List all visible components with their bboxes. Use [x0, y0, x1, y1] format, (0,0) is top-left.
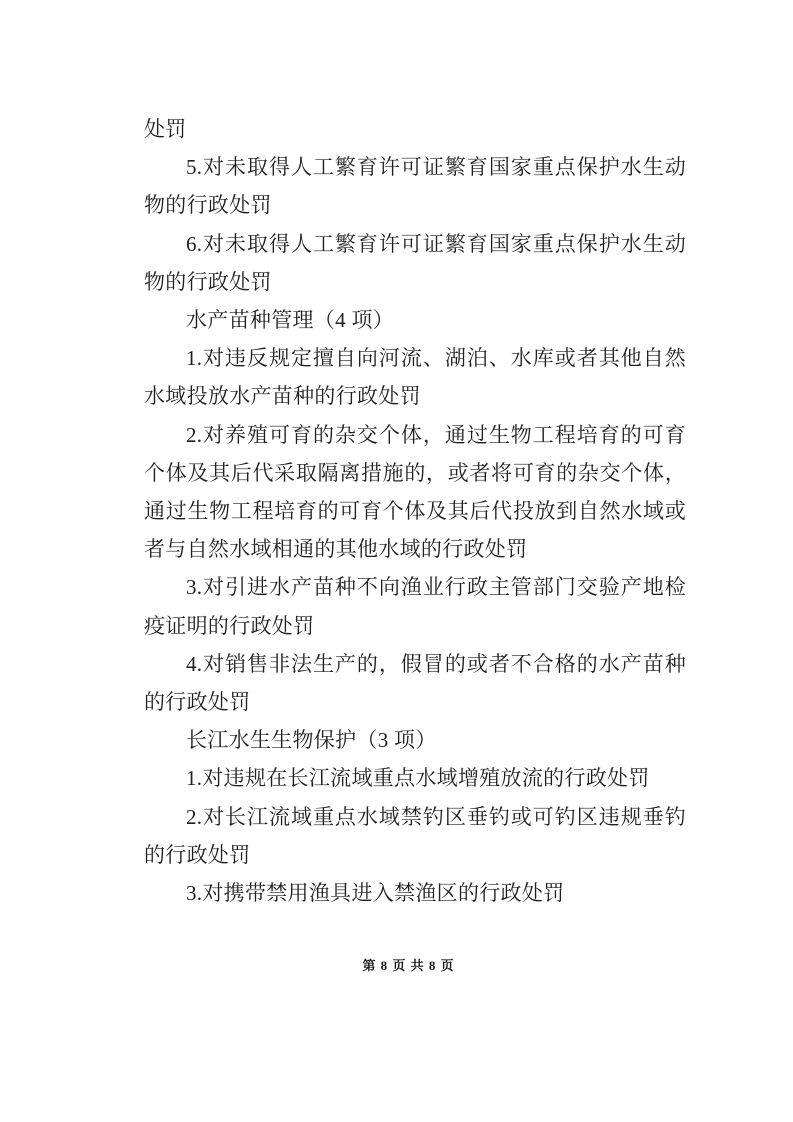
document-page: 处罚 5.对未取得人工繁育许可证繁育国家重点保护水生动物的行政处罚 6.对未取得… [0, 0, 793, 1122]
paragraph-item: 2.对长江流域重点水域禁钓区垂钓或可钓区违规垂钓的行政处罚 [144, 798, 686, 874]
paragraph-item: 6.对未取得人工繁育许可证繁育国家重点保护水生动物的行政处罚 [144, 225, 686, 301]
paragraph-item: 3.对携带禁用渔具进入禁渔区的行政处罚 [144, 874, 686, 912]
section-heading: 水产苗种管理（4 项） [144, 301, 686, 339]
paragraph-item: 3.对引进水产苗种不向渔业行政主管部门交验产地检疫证明的行政处罚 [144, 568, 686, 644]
paragraph-item: 2.对养殖可育的杂交个体，通过生物工程培育的可育个体及其后代采取隔离措施的，或者… [144, 416, 686, 569]
paragraph-continuation: 处罚 [144, 110, 686, 148]
document-body: 处罚 5.对未取得人工繁育许可证繁育国家重点保护水生动物的行政处罚 6.对未取得… [144, 110, 686, 912]
paragraph-item: 5.对未取得人工繁育许可证繁育国家重点保护水生动物的行政处罚 [144, 148, 686, 224]
paragraph-item: 1.对违规在长江流域重点水域增殖放流的行政处罚 [144, 759, 686, 797]
paragraph-item: 1.对违反规定擅自向河流、湖泊、水库或者其他自然水域投放水产苗种的行政处罚 [144, 339, 686, 415]
page-footer: 第 8 页 共 8 页 [12, 955, 793, 975]
paragraph-item: 4.对销售非法生产的，假冒的或者不合格的水产苗种的行政处罚 [144, 645, 686, 721]
page-number-label: 第 8 页 共 8 页 [362, 958, 454, 973]
section-heading: 长江水生生物保护（3 项） [144, 721, 686, 759]
